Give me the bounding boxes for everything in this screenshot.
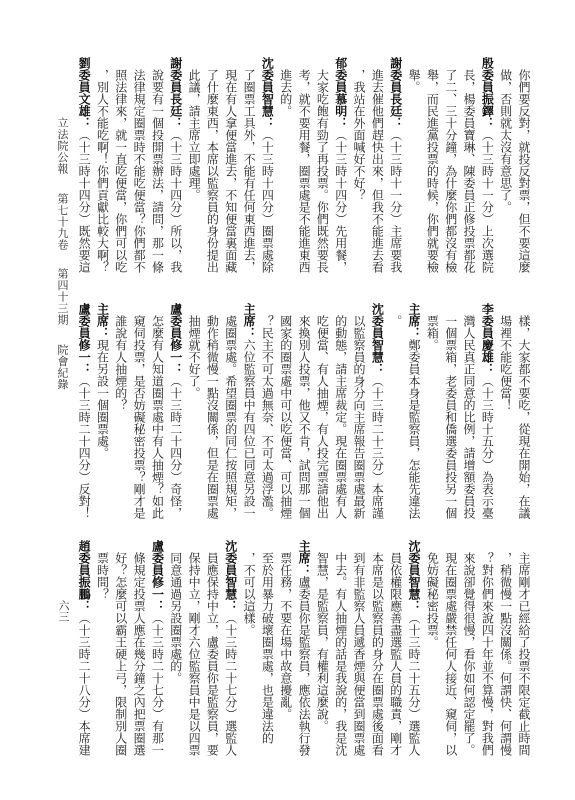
speech-text: （十三時十四分）圈票處除: [260, 129, 274, 273]
volume-number: 第七十九卷: [53, 193, 71, 251]
text-column: 票時間？: [93, 540, 111, 762]
text-column: 好？怎麼可以霸王硬上弓，限制別人圈: [111, 540, 129, 762]
speaker-name: 盧委員修一：: [150, 540, 164, 612]
text-column: 了二、三十分鐘，為什麼你們都沒有檢: [441, 57, 459, 279]
tier-top: 你們要反對，就投反對票，但不要這麼 做，否則就太沒有意思了。 殷委員振鐸：（十三…: [74, 57, 533, 279]
text-column: 照法律來，就一直吃便當，你們可以吃: [111, 57, 129, 279]
text-column: 主席：盧委員你是監察員，應依法執行發: [295, 540, 313, 762]
text-column: ，我站在外面喊好不好？: [350, 57, 368, 279]
speech-text: （十三時十四分）先用餐，: [334, 129, 348, 273]
page-number: 六三: [56, 600, 70, 622]
speech-text: 動作稍微慢一點沒關係，但是在圈票處: [205, 315, 219, 519]
speech-text: （十三時十一分）上次選院: [480, 129, 494, 273]
speaker-name: 沈委員智慧：: [370, 303, 384, 375]
text-column: 沈委員智慧：（十三時二十五分）選監人: [405, 540, 423, 762]
text-column: 到有非監察人員遞香煙與便當到圈票處: [350, 540, 368, 762]
speech-text: 智慧，是監察員，有權利這麼說。: [315, 552, 329, 732]
speech-text: 進去催他們趕快出來，但我不能進去看: [370, 69, 384, 273]
speech-text: 中去。有人抽煙的話是我說的，我是沈: [334, 552, 348, 756]
speech-text: 你們要反對，就投反對票，但不要這麼: [517, 69, 531, 273]
text-column: 劉委員文雄：（十三時十四分）既然要這: [75, 57, 93, 279]
text-column: 進去催他們趕快出來，但我不能進去看: [368, 57, 386, 279]
speech-text: 來說卻覺得很慢，看你如何認定罷了。: [462, 552, 476, 756]
speaker-name: 主席：: [95, 303, 109, 339]
speech-text: （十三時二十七分）有那一: [150, 612, 164, 756]
speech-text: 本席是以監察員的身分在圈票處後面看: [370, 552, 384, 756]
speech-text: （十三時二十八分）本席建: [77, 612, 91, 756]
text-column: 同意通過另設圈票處的。: [166, 540, 184, 762]
speech-text: 國家的圈票處中可以吃便當、可以抽煙: [279, 315, 293, 519]
speech-text: （十三時十五分）為表示臺: [480, 375, 494, 519]
speech-text: 照法律來，就一直吃便當，你們可以吃: [114, 69, 128, 273]
speech-text: （十三時十一分）主席要我: [389, 129, 403, 273]
text-column: 法律規定圈票時不能吃便當？你們都不: [130, 57, 148, 279]
text-column: 舉。: [405, 57, 423, 279]
text-column: 主席：鄭委員本身是監察員，怎能先違法: [405, 303, 423, 525]
text-column: 殷委員振鐸：（十三時十一分）上次選院: [478, 57, 496, 279]
text-column: 動作稍微慢一點沒關係，但是在圈票處: [203, 303, 221, 525]
text-column: 現在圈票處嚴禁任何人接近、窺伺，以: [441, 540, 459, 762]
speech-text: 進去的。: [279, 69, 293, 117]
speaker-name: 主席：: [297, 540, 311, 576]
speech-text: 主席剛才已經給了投票不限定截止時間: [517, 552, 531, 756]
text-column: 了什麼東西，本席以監察員的身份提出: [203, 57, 221, 279]
speech-text: ？民主不可太過無奈、不可太過浮濫。: [260, 315, 274, 519]
speech-text: ？對你們來說四十年並不算慢，對我們: [480, 552, 494, 756]
text-column: 來說卻覺得很慢，看你如何認定罷了。: [460, 540, 478, 762]
speech-text: 鄭委員本身是監察員，怎能先違法: [407, 339, 421, 519]
speech-text: 至於用暴力破壞圈票處，也是違法的: [260, 552, 274, 744]
speech-text: 法律規定圈票時不能吃便當？你們都不: [132, 69, 146, 273]
publication-title: 立法院公報: [53, 117, 71, 175]
text-column: 本席是以監察員的身分在圈票處後面看: [368, 540, 386, 762]
speaker-name: 謝委員長廷：: [169, 57, 183, 129]
speech-text: 到有非監察人員遞香煙與便當到圈票處: [352, 552, 366, 756]
speech-text: 處圈票處。希望圈票的同仁按照規矩，: [224, 315, 238, 519]
speech-text: 現在有人拿便當進去，不知便當裏面藏: [224, 69, 238, 273]
speaker-name: 劉委員文雄：: [77, 57, 91, 129]
speech-text: 票箱。: [425, 315, 439, 351]
text-column: 票任務，不要在場中故意擾亂。: [276, 540, 294, 762]
text-column: ？對你們來說四十年並不算慢，對我們: [478, 540, 496, 762]
speech-text: 盧委員你是監察員，應依法執行發: [297, 576, 311, 756]
speech-text: （十三時十四分）所以，我: [169, 129, 183, 273]
text-column: 場裡不能吃便當！: [496, 303, 514, 525]
text-column: 長，楊委員寶琳、陳委員正修投票都花: [460, 57, 478, 279]
text-column: ？民主不可太過無奈、不可太過浮濫。: [258, 303, 276, 525]
speech-text: 舉。: [407, 69, 421, 93]
text-column: 沈委員智慧：（十三時二十三分）本席謹: [368, 303, 386, 525]
text-column: 說要有一個投開票辦法，請問，那一條: [148, 57, 166, 279]
text-column: 國家的圈票處中可以吃便當、可以抽煙: [276, 303, 294, 525]
speaker-name: 沈委員智慧：: [407, 540, 421, 612]
speech-text: 考，就不要用餐，圈票處是不能進東西: [297, 69, 311, 273]
speech-text: 怎麼有人知道圈票處中有人抽煙？如此: [150, 315, 164, 519]
text-column: 票箱。: [423, 303, 441, 525]
speech-text: 保持中立，剛才六位監察員中是以四票: [187, 552, 201, 756]
speech-text: （十三時二十七分）選監人: [224, 612, 238, 756]
speech-text: （十三時二十三分）本席謹: [370, 375, 384, 519]
text-column: 樣，大家都不要吃，從現在開始，在議: [515, 303, 533, 525]
text-column: 窺伺投票，是否妨礙秘密投票？剛才是: [130, 303, 148, 525]
text-column: 謝委員長廷：（十三時十四分）所以，我: [166, 57, 184, 279]
speech-text: ，別人不能吃啊！你們貢獻比較大啊？: [95, 69, 109, 273]
speaker-name: 沈委員智慧：: [224, 540, 238, 612]
text-column: ，稍微慢一點沒關係。何謂快、何謂慢: [496, 540, 514, 762]
speech-text: 舉，而民進黨投票的時候，你們就要檢: [425, 69, 439, 273]
text-column: 沈委員智慧：（十三時十四分）圈票處除: [258, 57, 276, 279]
speaker-name: 殷委員振鐸：: [480, 57, 494, 129]
text-column: 員應保持中立，盧委員你是監察員，要: [203, 540, 221, 762]
speech-text: 來換別人投票，他又不肯，試問那一個: [297, 315, 311, 519]
text-column: 一個票箱，老委員和僑選委員投另一個: [441, 303, 459, 525]
speech-text: 大家吃飽有勁了再投票。你們既然要長: [315, 69, 329, 273]
speech-text: 條規定投票人應在幾分鐘之內把票圈選: [132, 552, 146, 756]
text-column: 吃便當、有人抽煙，有人投完票請他出: [313, 303, 331, 525]
text-column: 沈委員智慧：（十三時二十七分）選監人: [221, 540, 239, 762]
speech-text: 做，否則就太沒有意思了。: [499, 69, 513, 213]
speech-text: （十三時十四分）既然要這: [77, 129, 91, 273]
speech-text: 說要有一個投開票辦法，請問，那一條: [150, 69, 164, 273]
speech-text: ，我站在外面喊好不好？: [352, 69, 366, 201]
text-column: ，不可以這樣。: [240, 540, 258, 762]
speech-text: 灣人民真正同意的比例，請增額委員投: [462, 315, 476, 519]
speech-text: 了什麼東西，本席以監察員的身份提出: [205, 69, 219, 273]
speech-text: 票任務，不要在場中故意擾亂。: [279, 552, 293, 720]
text-column: 條規定投票人應在幾分鐘之內把票圈選: [130, 540, 148, 762]
speech-text: 場裡不能吃便當！: [499, 315, 513, 411]
text-column: 保持中立，剛才六位監察員中是以四票: [185, 540, 203, 762]
text-column: 智慧，是監察員，有權利這麼說。: [313, 540, 331, 762]
text-column: 郁委員慕明：（十三時十四分）先用餐，: [331, 57, 349, 279]
text-column: 此議，請主席立即處理。: [185, 57, 203, 279]
speech-text: （十三時二十五分）選監人: [407, 612, 421, 756]
speech-text: 的動態，請主席裁定。現在圈票處有人: [334, 315, 348, 519]
text-column: 處圈票處。希望圈票的同仁按照規矩，: [221, 303, 239, 525]
text-column: 大家吃飽有勁了再投票。你們既然要長: [313, 57, 331, 279]
text-column: 主席剛才已經給了投票不限定截止時間: [515, 540, 533, 762]
speaker-name: 主席：: [242, 303, 256, 339]
text-column: 做，否則就太沒有意思了。: [496, 57, 514, 279]
speech-text: （十三時二十四分）奇怪，: [169, 375, 183, 519]
speech-text: 好？怎麼可以霸王硬上弓，限制別人圈: [114, 552, 128, 756]
text-column: 趙委員振鵬：（十三時二十八分）本席建: [75, 540, 93, 762]
speaker-name: 盧委員修一：: [77, 303, 91, 375]
text-column: 主席：六位監察員中有四位已同意另設一: [240, 303, 258, 525]
speech-text: 誰說有人抽煙的？: [114, 315, 128, 411]
speaker-name: 謝委員長廷：: [389, 57, 403, 129]
speech-text: 抽煙就不好了。: [187, 315, 201, 399]
text-column: 了圈票工具外，不能有任何東西進去，: [240, 57, 258, 279]
speech-text: 了二、三十分鐘，為什麼你們都沒有檢: [444, 69, 458, 273]
text-column: 考，就不要用餐，圈票處是不能進東西: [295, 57, 313, 279]
text-column: 免妨礙秘密投票。: [423, 540, 441, 762]
text-column: 以監察員的身分向主席報告圈票處最新: [350, 303, 368, 525]
speaker-name: 李委員慶雄：: [480, 303, 494, 375]
speech-text: 窺伺投票，是否妨礙秘密投票？剛才是: [132, 315, 146, 519]
speech-text: 員應保持中立，盧委員你是監察員，要: [205, 552, 219, 756]
text-column: 抽煙就不好了。: [185, 303, 203, 525]
speech-text: 以監察員的身分向主席報告圈票處最新: [352, 315, 366, 519]
speech-text: 同意通過另設圈票處的。: [169, 552, 183, 684]
speech-text: 六位監察員中有四位已同意另設一: [242, 339, 256, 519]
speech-text: 現在圈票處嚴禁任何人接近、窺伺，以: [444, 552, 458, 756]
text-column: 至於用暴力破壞圈票處，也是違法的: [258, 540, 276, 762]
speech-text: ，不可以這樣。: [242, 552, 256, 636]
tier-middle: 樣，大家都不要吃，從現在開始，在議 場裡不能吃便當！ 李委員慶雄：（十三時十五分…: [74, 303, 533, 525]
tier-bottom: 主席剛才已經給了投票不限定截止時間 ，稍微慢一點沒關係。何謂快、何謂慢 ？對你們…: [74, 540, 533, 762]
text-column: 的動態，請主席裁定。現在圈票處有人: [331, 303, 349, 525]
text-column: ，別人不能吃啊！你們貢獻比較大啊？: [93, 57, 111, 279]
speech-text: 現在另設一個圈票處。: [95, 339, 109, 459]
text-column: 盧委員修一：（十三時二十四分）奇怪，: [166, 303, 184, 525]
speaker-name: 盧委員修一：: [169, 303, 183, 375]
speaker-name: 沈委員智慧：: [260, 57, 274, 129]
text-column: 謝委員長廷：（十三時十一分）主席要我: [386, 57, 404, 279]
text-column: 誰說有人抽煙的？: [111, 303, 129, 525]
publication-header: 立法院公報 第七十九卷 第四十三期 院會紀錄: [53, 117, 71, 404]
text-column: 來換別人投票，他又不肯，試問那一個: [295, 303, 313, 525]
speech-text: 了圈票工具外，不能有任何東西進去，: [242, 69, 256, 273]
issue-number: 第四十三期: [53, 268, 71, 326]
speech-text: 樣，大家都不要吃，從現在開始，在議: [517, 315, 531, 519]
speech-text: 長，楊委員寶琳、陳委員正修投票都花: [462, 69, 476, 273]
text-column: 你們要反對，就投反對票，但不要這麼: [515, 57, 533, 279]
text-column: 盧委員修一：（十三時二十四分）反對！: [75, 303, 93, 525]
text-column: 主席：現在另設一個圈票處。: [93, 303, 111, 525]
speech-text: 。: [389, 315, 403, 327]
text-column: 李委員慶雄：（十三時十五分）為表示臺: [478, 303, 496, 525]
speech-text: 一個票箱，老委員和僑選委員投另一個: [444, 315, 458, 519]
speaker-name: 主席：: [407, 303, 421, 339]
text-column: 怎麼有人知道圈票處中有人抽煙？如此: [148, 303, 166, 525]
speech-text: 員依權限應善盡選監人員的職責，剛才: [389, 552, 403, 756]
text-column: 舉，而民進黨投票的時候，你們就要檢: [423, 57, 441, 279]
text-column: 現在有人拿便當進去，不知便當裏面藏: [221, 57, 239, 279]
text-column: 員依權限應善盡選監人員的職責，剛才: [386, 540, 404, 762]
text-column: 。: [386, 303, 404, 525]
speaker-name: 郁委員慕明：: [334, 57, 348, 129]
speech-text: 吃便當、有人抽煙，有人投完票請他出: [315, 315, 329, 519]
speaker-name: 趙委員振鵬：: [77, 540, 91, 612]
text-column: 中去。有人抽煙的話是我說的，我是沈: [331, 540, 349, 762]
speech-text: ，稍微慢一點沒關係。何謂快、何謂慢: [499, 552, 513, 756]
text-column: 盧委員修一：（十三時二十七分）有那一: [148, 540, 166, 762]
text-column: 灣人民真正同意的比例，請增額委員投: [460, 303, 478, 525]
section-title: 院會紀錄: [53, 344, 71, 390]
speech-text: （十三時二十四分）反對！: [77, 375, 91, 519]
speech-text: 票時間？: [95, 552, 109, 600]
speech-text: 免妨礙秘密投票。: [425, 552, 439, 648]
speech-text: 此議，請主席立即處理。: [187, 69, 201, 201]
text-column: 進去的。: [276, 57, 294, 279]
